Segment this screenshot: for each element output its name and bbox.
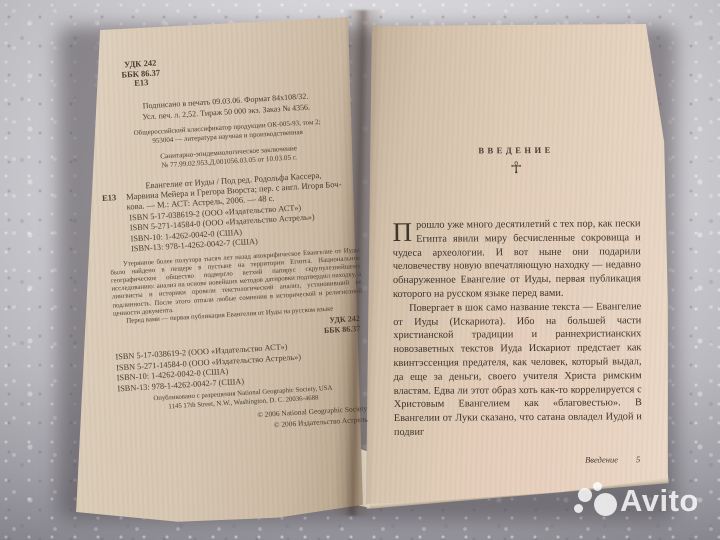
body-paragraph: Повергает в шок само название текста — Е… — [393, 300, 642, 440]
avito-logo-icon — [578, 488, 592, 502]
avito-logo-icon — [594, 493, 617, 516]
avito-wordmark: Avito — [620, 483, 699, 519]
left-page-content: УДК 242 ББК 86.37 Е13 Подписано в печать… — [98, 47, 370, 439]
ankh-icon: ☥ — [392, 157, 640, 179]
drop-cap: П — [393, 219, 417, 245]
paragraph-text: рошло уже много десятилетий с тех пор, к… — [393, 218, 641, 300]
body-paragraph: Прошло уже много десятилетий с тех пор, … — [393, 217, 642, 302]
avito-logo-icon — [574, 504, 583, 513]
footer-page-number: 5 — [636, 454, 640, 464]
annotation-block: Утерянное более полутора тысяч лет назад… — [110, 246, 363, 326]
avito-watermark: Avito — [566, 476, 716, 532]
right-page-content: ВВЕДЕНИЕ ☥ Прошло уже много десятилетий … — [392, 144, 642, 465]
footer-chapter-label: Введение — [585, 454, 618, 464]
avito-logo-icon — [593, 482, 602, 491]
running-footer: Введение 5 — [394, 454, 642, 466]
bib-code: Е13 — [102, 192, 117, 203]
chapter-body: Прошло уже много десятилетий с тех пор, … — [393, 217, 643, 439]
chapter-heading: ВВЕДЕНИЕ — [392, 144, 640, 156]
udk-bbk-block: УДК 242 ББК 86.37 Е13 — [108, 58, 174, 90]
book-photo-scene: УДК 242 ББК 86.37 Е13 Подписано в печать… — [0, 0, 720, 540]
